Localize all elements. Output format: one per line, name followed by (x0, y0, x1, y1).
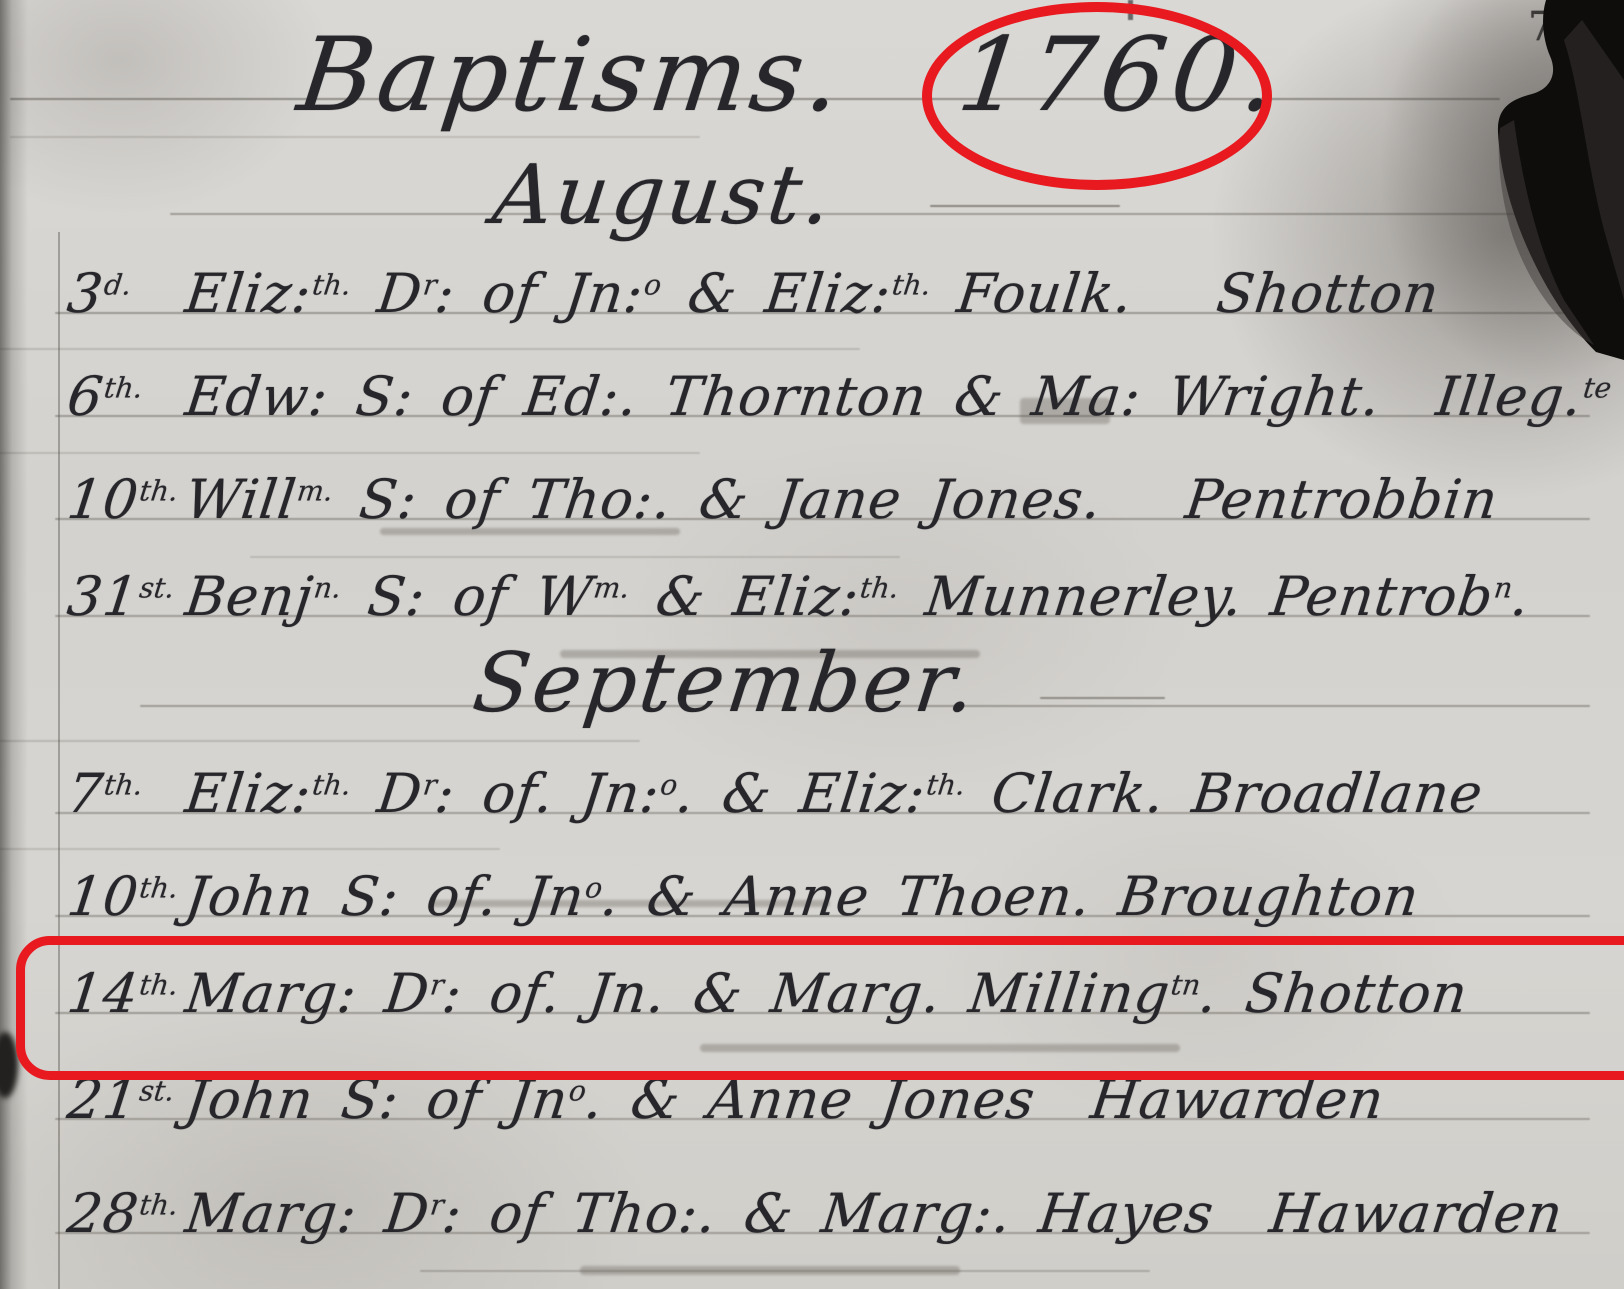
entry-day: 10th. (64, 865, 190, 928)
entry-day: 3d. (64, 262, 190, 325)
register-entry: 10th.John S: of. Jno. & Anne Thoen. Brou… (64, 865, 1423, 928)
ruled-line (250, 556, 900, 558)
register-page: Baptisms. 1760. 7 August.3d.Eliz:th. Dr:… (0, 0, 1624, 1289)
month-heading: September. (468, 636, 983, 731)
entry-day: 6th. (64, 365, 190, 428)
entry-day: 7th. (64, 762, 190, 825)
year-highlight-ellipse (922, 2, 1272, 190)
margin-line (58, 232, 60, 1289)
ruled-line (1040, 697, 1165, 699)
entry-text: John S: of. Jno. & Anne Thoen. Broughton (182, 865, 1423, 928)
entry-highlight-box (16, 936, 1624, 1080)
entry-text: Willm. S: of Tho:. & Jane Jones. Pentrob… (182, 468, 1502, 531)
register-entry: 28th.Marg: Dr: of Tho:. & Marg:. Hayes H… (64, 1182, 1567, 1245)
entry-day: 31st. (64, 565, 190, 628)
entry-text: Eliz:th. Dr: of. Jn:o. & Eliz:th. Clark.… (182, 762, 1487, 825)
month-heading: August. (488, 148, 839, 243)
book-corner-overlay (1264, 0, 1624, 420)
entry-text: Eliz:th. Dr: of Jn:o & Eliz:th. Foulk. S… (182, 262, 1443, 325)
ruled-line (10, 136, 700, 138)
entry-text: Benjn. S: of Wm. & Eliz:th. Munnerley. P… (182, 565, 1533, 628)
register-title: Baptisms. (292, 16, 851, 135)
ruled-line (0, 740, 640, 742)
ruled-line (0, 848, 500, 850)
register-entry: 7th.Eliz:th. Dr: of. Jn:o. & Eliz:th. Cl… (64, 762, 1487, 825)
entry-day: 10th. (64, 468, 190, 531)
register-entry: 10th.Willm. S: of Tho:. & Jane Jones. Pe… (64, 468, 1502, 531)
ruled-line (0, 348, 860, 350)
ruled-line (0, 452, 700, 454)
entry-text: Marg: Dr: of Tho:. & Marg:. Hayes Haward… (182, 1182, 1567, 1245)
entry-day: 28th. (64, 1182, 190, 1245)
register-entry: 31st.Benjn. S: of Wm. & Eliz:th. Munnerl… (64, 565, 1533, 628)
register-entry: 3d.Eliz:th. Dr: of Jn:o & Eliz:th. Foulk… (64, 262, 1443, 325)
ruled-line (930, 205, 1120, 207)
ink-smudge (580, 1266, 960, 1275)
